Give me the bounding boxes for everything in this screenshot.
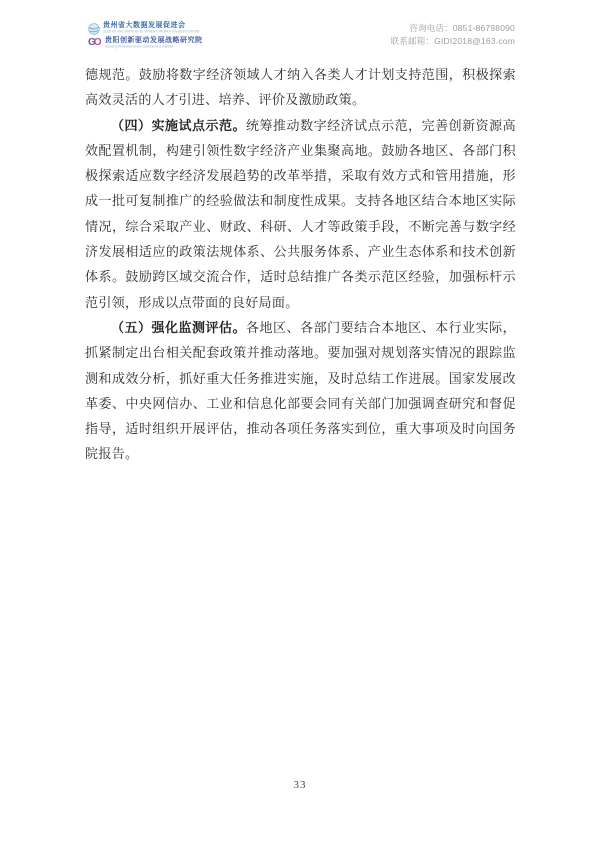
page-header: 贵州省大数据发展促进会 GUIZHOU BIG DATA DEVELOPMENT… (88, 22, 515, 49)
document-page: 贵州省大数据发展促进会 GUIZHOU BIG DATA DEVELOPMENT… (0, 0, 600, 848)
institute-name-cn: 贵阳创新驱动发展战略研究院 (105, 37, 203, 45)
paragraph-lead: （五）强化监测评估。 (111, 320, 246, 335)
page-number: 33 (0, 779, 600, 791)
institute-name: 贵阳创新驱动发展战略研究院 Guiyang Innovation-driven … (105, 37, 203, 49)
paragraph-section-5: （五）强化监测评估。各地区、各部门要结合本地区、本行业实际，抓紧制定出台相关配套… (85, 315, 516, 467)
association-name-cn: 贵州省大数据发展促进会 (103, 22, 210, 30)
paragraph-text: 统筹推动数字经济试点示范，完善创新资源高效配置机制，构建引领性数字经济产业集聚高… (85, 118, 516, 310)
association-logo: 贵州省大数据发展促进会 GUIZHOU BIG DATA DEVELOPMENT… (88, 22, 210, 34)
association-name-en: GUIZHOU BIG DATA DEVELOPMENT PROMOTION A… (103, 30, 199, 34)
logo-block: 贵州省大数据发展促进会 GUIZHOU BIG DATA DEVELOPMENT… (88, 22, 210, 49)
contact-email: 联系邮箱：GIDI2018@163.com (391, 35, 515, 48)
institute-logo: GO 贵阳创新驱动发展战略研究院 Guiyang Innovation-driv… (88, 37, 210, 49)
contact-info: 咨询电话：0851-86798090 联系邮箱：GIDI2018@163.com (391, 22, 515, 48)
paragraph-section-4: （四）实施试点示范。统筹推动数字经济试点示范，完善创新资源高效配置机制，构建引领… (85, 113, 516, 315)
document-body: 德规范。鼓励将数字经济领域人才纳入各类人才计划支持范围，积极探索高效灵活的人才引… (85, 62, 516, 467)
paragraph-text: 各地区、各部门要结合本地区、本行业实际，抓紧制定出台相关配套政策并推动落地。要加… (85, 320, 516, 461)
paragraph-lead: （四）实施试点示范。 (111, 118, 246, 133)
globe-icon (88, 22, 100, 34)
go-monogram-icon: GO (88, 37, 102, 49)
paragraph-continuation: 德规范。鼓励将数字经济领域人才纳入各类人才计划支持范围，积极探索高效灵活的人才引… (85, 62, 516, 113)
contact-phone: 咨询电话：0851-86798090 (391, 22, 515, 35)
institute-name-en: Guiyang Innovation-driven Development In… (105, 45, 193, 49)
association-name: 贵州省大数据发展促进会 GUIZHOU BIG DATA DEVELOPMENT… (103, 22, 210, 34)
paragraph-text: 德规范。鼓励将数字经济领域人才纳入各类人才计划支持范围，积极探索高效灵活的人才引… (85, 67, 516, 107)
